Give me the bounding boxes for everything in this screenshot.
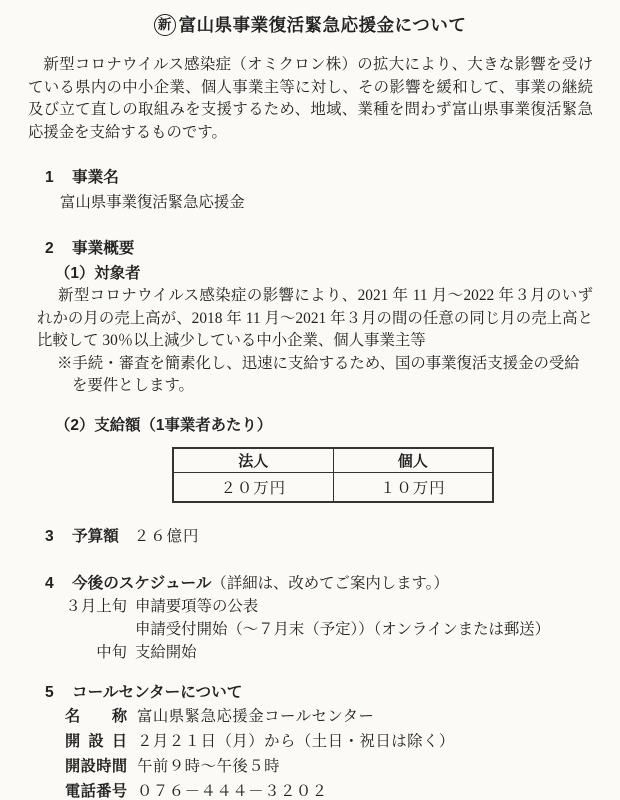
table-value-row: ２０万円 １０万円 (173, 473, 493, 502)
payment-amount-label: （2）支給額（1事業者あたり） (55, 414, 620, 437)
call-center-name-value: 富山県緊急応援金コールセンター (137, 708, 374, 725)
schedule-row: 中旬支給開始 (65, 641, 620, 664)
section-4-number: 4 (45, 573, 72, 595)
schedule-when: ３月上旬 (65, 595, 127, 618)
new-circle-badge: 新 (154, 14, 176, 36)
call-center-row-hours: 開設時間午前９時～午後５時 (65, 754, 620, 779)
document-page: 新 富山県事業復活緊急応援金について 新型コロナウイルス感染症（オミクロン株）の… (0, 0, 620, 800)
schedule-row: ３月上旬申請要項等の公表 (65, 595, 620, 618)
call-center-phone-value: ０７６－４４４－３２０２ (137, 783, 328, 800)
schedule-what: 申請要項等の公表 (135, 598, 258, 615)
call-center-row-open-date: 開設日２月２１日（月）から（土日・祝日は除く） (65, 729, 620, 754)
table-header-corporation: 法人 (173, 448, 333, 473)
schedule-heading-note: （詳細は、改めてご案内します。） (211, 575, 448, 592)
schedule-what: 申請受付開始（～７月末（予定））（オンラインまたは郵送） (135, 621, 550, 638)
section-2-number: 2 (45, 238, 72, 260)
call-center-hours-value: 午前９時～午後５時 (137, 758, 280, 775)
section-3-title: 予算額 (72, 528, 119, 545)
schedule-row: 申請受付開始（～７月末（予定））（オンラインまたは郵送） (65, 618, 620, 641)
table-value-individual: １０万円 (333, 473, 493, 502)
section-business-name: 1事業名 富山県事業復活緊急応援金 (0, 167, 620, 214)
document-title: 新 富山県事業復活緊急応援金について (0, 12, 620, 38)
section-1-number: 1 (45, 167, 72, 189)
section-call-center: 5コールセンターについて 名称富山県緊急応援金コールセンター 開設日２月２１日（… (0, 682, 620, 800)
call-center-row-phone: 電話番号０７６－４４４－３２０２ (65, 779, 620, 800)
section-3-number: 3 (45, 526, 72, 548)
section-overview: 2事業概要 （1）対象者 新型コロナウイルス感染症の影響により、2021 年 1… (0, 238, 620, 503)
section-5-number: 5 (45, 682, 72, 704)
business-name-value: 富山県事業復活緊急応援金 (60, 192, 620, 214)
section-schedule: 4今後のスケジュール（詳細は、改めてご案内します。） ３月上旬申請要項等の公表 … (0, 573, 620, 664)
payment-amount-table: 法人 個人 ２０万円 １０万円 (172, 447, 494, 503)
section-1-title: 事業名 (72, 169, 119, 186)
call-center-hours-label: 開設時間 (65, 754, 127, 779)
target-persons-label: （1）対象者 (55, 262, 620, 285)
target-persons-note: ※手続・審査を簡素化し、迅速に支給するため、国の事業復活支援金の受給を要件としま… (72, 353, 590, 398)
section-2-title: 事業概要 (72, 240, 134, 257)
section-budget: 3予算額２６億円 (0, 526, 620, 548)
call-center-row-name: 名称富山県緊急応援金コールセンター (65, 704, 620, 729)
schedule-what: 支給開始 (135, 644, 197, 661)
call-center-open-date-value: ２月２１日（月）から（土日・祝日は除く） (137, 733, 455, 750)
section-5-title: コールセンターについて (72, 684, 242, 701)
budget-value: ２６億円 (134, 528, 200, 545)
target-persons-body: 新型コロナウイルス感染症の影響により、2021 年 11 月～2022 年３月の… (37, 285, 593, 353)
call-center-open-date-label: 開設日 (65, 729, 127, 754)
section-4-heading: 4今後のスケジュール（詳細は、改めてご案内します。） (45, 573, 620, 595)
table-header-row: 法人 個人 (173, 448, 493, 473)
call-center-name-label: 名称 (65, 704, 127, 729)
section-1-heading: 1事業名 (45, 167, 620, 189)
section-3-heading: 3予算額２６億円 (45, 526, 620, 548)
table-value-corporation: ２０万円 (173, 473, 333, 502)
section-4-title: 今後のスケジュール (72, 575, 211, 592)
call-center-phone-label: 電話番号 (65, 779, 127, 800)
section-5-heading: 5コールセンターについて (45, 682, 620, 704)
schedule-when: 中旬 (65, 641, 127, 664)
section-2-heading: 2事業概要 (45, 238, 620, 260)
document-title-text: 富山県事業復活緊急応援金について (179, 12, 467, 38)
table-header-individual: 個人 (333, 448, 493, 473)
intro-paragraph: 新型コロナウイルス感染症（オミクロン株）の拡大により、大きな影響を受けている県内… (28, 54, 593, 144)
